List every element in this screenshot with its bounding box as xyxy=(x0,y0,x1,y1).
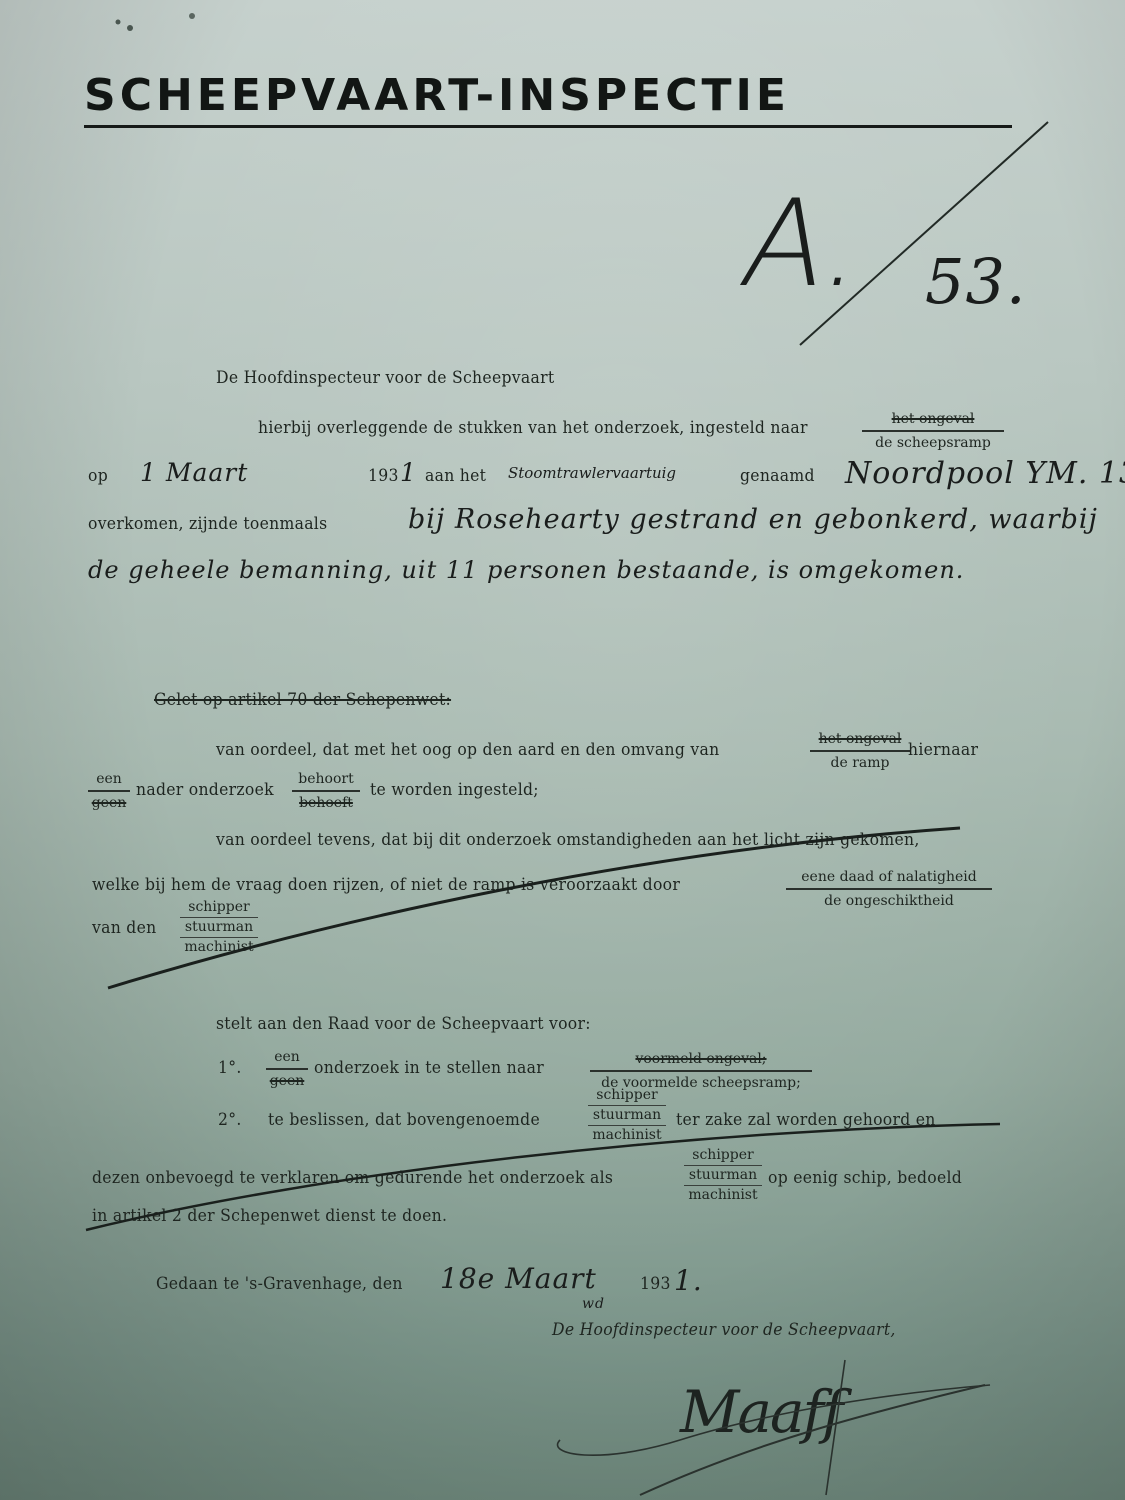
pen-strokes xyxy=(0,0,1125,1500)
ink-speck xyxy=(116,20,121,25)
signature-underline xyxy=(640,1385,985,1495)
signature-downstroke xyxy=(826,1360,845,1495)
strike-through-judgement2 xyxy=(108,828,960,988)
ink-speck xyxy=(127,25,133,31)
strike-through-proposal xyxy=(86,1124,1000,1230)
ink-speck xyxy=(189,13,195,19)
file-mark-slash xyxy=(800,122,1048,345)
signature-flourish xyxy=(558,1385,990,1455)
